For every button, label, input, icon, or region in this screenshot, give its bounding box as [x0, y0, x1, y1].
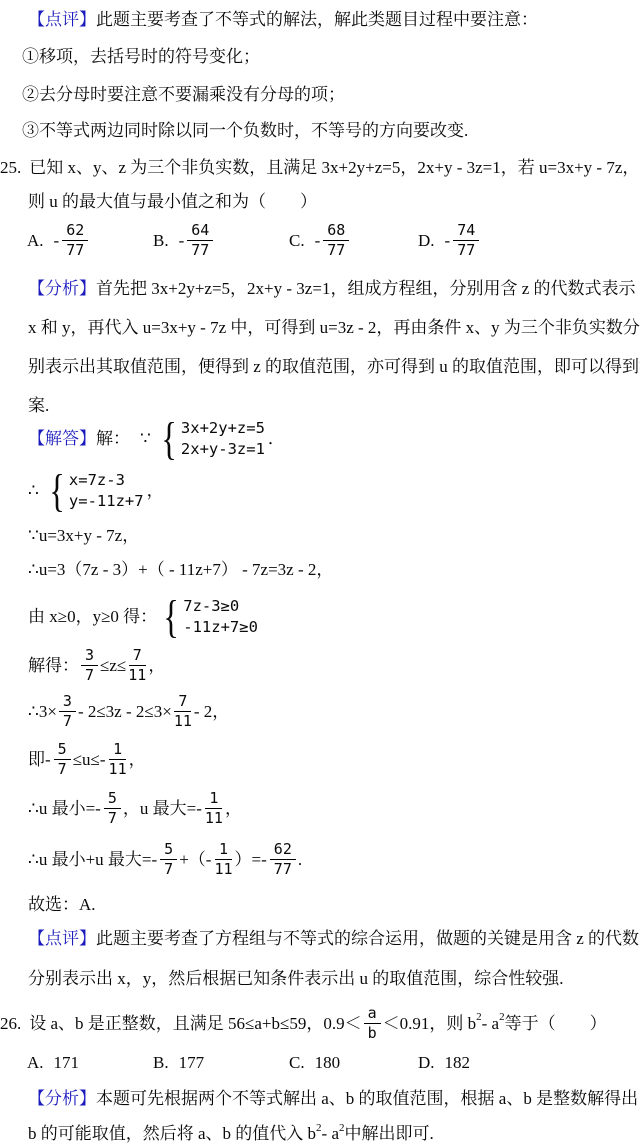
p25-solution-line3: ∵u=3x+y - 7z， — [28, 524, 139, 548]
p26-option-c[interactable]: C.180 — [289, 1053, 340, 1073]
fraction: 37 — [59, 694, 76, 729]
comment-item-3: ③不等式两边同时除以同一个负数时，不等号的方向要改变. — [22, 119, 468, 143]
p25-solution-line10: ∴u 最小+u 最大=-57+（-111）= -6277. — [28, 838, 302, 880]
option-label: C. — [289, 231, 305, 251]
p25-comment-line1: 【点评】此题主要考查了方程组与不等式的综合运用，做题的关键是用含 z 的代数式 — [28, 927, 640, 951]
p26-option-b[interactable]: B.177 — [153, 1053, 204, 1073]
fraction: 57 — [54, 742, 71, 777]
p25-analysis-line2: x 和 y，再代入 u=3x+y - 7z 中，可得到 u=3z - 2，再由条… — [28, 316, 640, 340]
p25-solution-line2: ∴{x=7z-3y=-11z+7， — [28, 466, 164, 516]
p25-option-c[interactable]: C.-6877 — [289, 223, 351, 258]
superscript: 2 — [339, 1116, 345, 1140]
fraction-sign: - — [54, 231, 60, 251]
analysis-label: 【分析】 — [28, 1087, 96, 1111]
fraction-sign: - — [315, 231, 321, 251]
p25-answer-line: 故选：A. — [28, 893, 96, 917]
p25-stem-line1: 25.已知 x、y、z 为三个非负实数，且满足 3x+2y+z=5，2x+y -… — [0, 156, 639, 180]
brace-icon: { — [163, 594, 178, 640]
p25-analysis-line1: 【分析】首先把 3x+2y+z=5，2x+y - 3z=1，组成方程组，分别用含… — [28, 277, 635, 301]
line5-prefix: 由 x≥0，y≥0 得： — [28, 605, 157, 629]
solution-jie: 解： — [96, 427, 130, 451]
brace-icon: { — [49, 468, 64, 514]
system-tail: ． — [268, 427, 285, 451]
p25-stem-line2: 则 u 的最大值与最小值之和为（ ） — [28, 190, 317, 214]
p25-solution-line5: 由 x≥0，y≥0 得：{7z-3≥0-11z+7≥0 — [28, 592, 261, 642]
option-label: A. — [27, 231, 44, 251]
fraction: 57 — [160, 842, 177, 877]
option-value: 177 — [179, 1053, 205, 1073]
fraction: ab — [364, 1006, 381, 1041]
fraction-sign: - — [196, 800, 202, 817]
analysis-text: 本题可先根据两个不等式解出 a、b 的取值范围，根据 a、b 是整数解得出 a、 — [96, 1087, 640, 1111]
p26-stem-line: 26.设 a、b 是正整数，且满足 56≤a+b≤59，0.9＜ab＜0.91，… — [0, 1003, 607, 1043]
fraction: 6877 — [323, 223, 349, 258]
brace-icon: { — [161, 416, 176, 462]
fraction: 111 — [109, 742, 127, 777]
p25-solution-line8: 即 -57≤u≤-111， — [28, 739, 146, 779]
analysis-label: 【分析】 — [28, 277, 96, 301]
fraction-sign: - — [100, 751, 106, 768]
p26-analysis-line2: b 的可能取值，然后将 a、b 的值代入 b2 - a2 中解出即可. — [28, 1122, 434, 1146]
superscript: 2 — [476, 1012, 482, 1023]
document-page: 【点评】此题主要考查了不等式的解法，解此类题目过程中要注意： ①移项，去括号时的… — [0, 0, 640, 1148]
p26-analysis-line1: 【分析】本题可先根据两个不等式解出 a、b 的取值范围，根据 a、b 是整数解得… — [28, 1087, 640, 1111]
system-tail: ， — [147, 479, 164, 503]
solution-label: 【解答】 — [28, 427, 96, 451]
fraction-sign: - — [206, 851, 212, 868]
p25-solution-line6: 解得：37≤z≤711， — [28, 645, 165, 685]
superscript: 2 — [499, 1012, 505, 1023]
fraction: 7477 — [453, 223, 479, 258]
p25-comment-line2: 分别表示出 x，y，然后根据已知条件表示出 u 的取值范围，综合性较强. — [28, 967, 564, 991]
fraction-sign: - — [45, 751, 51, 768]
comment-item-1: ①移项，去括号时的符号变化； — [22, 45, 260, 69]
equation-system-1: {3x+2y+z=52x+y-3z=1 — [158, 416, 265, 462]
fraction: 711 — [174, 694, 192, 729]
equation-system-2: {x=7z-3y=-11z+7 — [46, 468, 144, 514]
fraction: 6277 — [62, 223, 88, 258]
comment-text: 此题主要考查了不等式的解法，解此类题目过程中要注意： — [96, 8, 538, 32]
p26-number: 26. — [0, 1015, 21, 1032]
option-value: 180 — [315, 1053, 341, 1073]
fraction: 6277 — [270, 842, 296, 877]
analysis-text: 首先把 3x+2y+z=5，2x+y - 3z=1，组成方程组，分别用含 z 的… — [96, 277, 635, 301]
comment-label: 【点评】 — [28, 8, 96, 32]
comment-item-2: ②去分母时要注意不要漏乘没有分母的项； — [22, 83, 345, 107]
fraction: 6477 — [187, 223, 213, 258]
p25-solution-line4: ∴u=3（7z - 3）+（ - 11z+7） - 7z=3z - 2， — [28, 558, 333, 582]
fraction-sign: - — [261, 851, 267, 868]
option-label: D. — [418, 1053, 435, 1073]
comment-prev-line: 【点评】此题主要考查了不等式的解法，解此类题目过程中要注意： — [28, 8, 538, 32]
fraction-sign: - — [179, 231, 185, 251]
fraction-sign: - — [95, 800, 101, 817]
fraction: 111 — [205, 791, 223, 826]
p25-option-b[interactable]: B.-6477 — [153, 223, 215, 258]
fraction: 711 — [128, 648, 146, 683]
because-symbol: ∵ — [140, 427, 151, 451]
p26-options-row: A.171 B.177 C.180 D.182 — [0, 1053, 640, 1077]
therefore-symbol: ∴ — [28, 479, 39, 503]
fraction-sign: - — [152, 851, 158, 868]
p25-analysis-line3: 别表示出其取值范围，便得到 z 的取值范围，亦可得到 u 的取值范围，即可以得到… — [28, 355, 640, 379]
option-label: C. — [289, 1053, 305, 1073]
equation-system-3: {7z-3≥0-11z+7≥0 — [160, 594, 258, 640]
option-value: 182 — [445, 1053, 471, 1073]
fraction: 37 — [81, 648, 98, 683]
p26-option-a[interactable]: A.171 — [27, 1053, 79, 1073]
p25-solution-line9: ∴u 最小= -57，u 最大=-111， — [28, 788, 242, 828]
fraction: 57 — [104, 791, 121, 826]
option-label: D. — [418, 231, 435, 251]
p25-stem-text1: 已知 x、y、z 为三个非负实数，且满足 3x+2y+z=5，2x+y - 3z… — [29, 156, 639, 180]
comment-text: 此题主要考查了方程组与不等式的综合运用，做题的关键是用含 z 的代数式 — [96, 927, 640, 951]
p25-option-d[interactable]: D.-7477 — [418, 223, 481, 258]
p25-solution-line1: 【解答】解：∵{3x+2y+z=52x+y-3z=1． — [28, 414, 285, 464]
fraction: 111 — [214, 842, 232, 877]
option-value: 171 — [54, 1053, 80, 1073]
fraction-sign: - — [445, 231, 451, 251]
option-label: A. — [27, 1053, 44, 1073]
option-label: B. — [153, 231, 169, 251]
option-label: B. — [153, 1053, 169, 1073]
p26-option-d[interactable]: D.182 — [418, 1053, 470, 1073]
p25-options-row: A.-6277 B.-6477 C.-6877 D.-7477 — [0, 221, 640, 267]
p25-number: 25. — [0, 156, 21, 180]
superscript: 2 — [316, 1116, 322, 1140]
comment-label: 【点评】 — [28, 927, 96, 951]
p25-solution-line7: ∴3×37 - 2≤3z - 2≤3×711 - 2， — [28, 691, 229, 731]
p25-option-a[interactable]: A.-6277 — [27, 223, 90, 258]
